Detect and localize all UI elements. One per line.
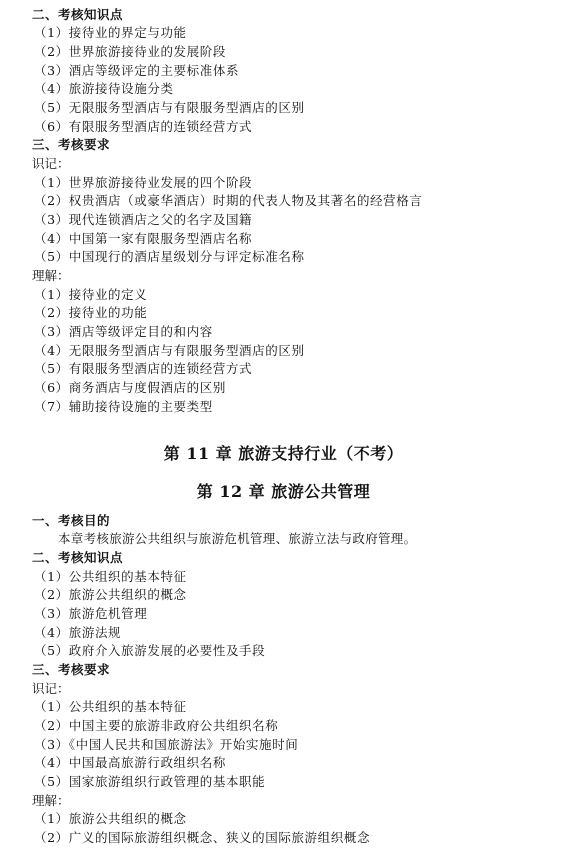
list-item: （3）现代连锁酒店之父的名字及国籍 — [34, 211, 252, 229]
list-item: （3）《中国人民共和国旅游法》开始实施时间 — [34, 736, 298, 754]
list-item: （4）中国第一家有限服务型酒店名称 — [34, 230, 252, 248]
list-item: （2）中国主要的旅游非政府公共组织名称 — [34, 717, 278, 735]
list-item: （1）接待业的定义 — [34, 286, 147, 304]
understand-label: 理解： — [32, 792, 70, 810]
list-item: （6）商务酒店与度假酒店的区别 — [34, 379, 226, 397]
list-item: （1）公共组织的基本特征 — [34, 698, 187, 716]
list-item: （1）旅游公共组织的概念 — [34, 810, 187, 828]
chapter-12-title: 第 12 章 旅游公共管理 — [0, 481, 567, 503]
list-item: （5）有限服务型酒店的连锁经营方式 — [34, 360, 252, 378]
understand-label: 理解： — [32, 267, 70, 285]
chapter-11-title: 第 11 章 旅游支持行业（不考） — [0, 443, 567, 465]
list-item: （3）旅游危机管理 — [34, 605, 147, 623]
list-item: （4）旅游接待设施分类 — [34, 80, 174, 98]
list-item: （3）酒店等级评定目的和内容 — [34, 323, 213, 341]
list-item: （5）政府介入旅游发展的必要性及手段 — [34, 642, 265, 660]
heading-requirements: 三、考核要求 — [32, 136, 110, 154]
memorize-label: 识记： — [32, 680, 70, 698]
memorize-label: 识记： — [32, 155, 70, 173]
list-item: （1）公共组织的基本特征 — [34, 568, 187, 586]
list-item: （4）无限服务型酒店与有限服务型酒店的区别 — [34, 342, 305, 360]
list-item: （3）酒店等级评定的主要标准体系 — [34, 62, 239, 80]
list-item: （1）接待业的界定与功能 — [34, 24, 187, 42]
list-item: （7）辅助接待设施的主要类型 — [34, 398, 213, 416]
list-item: （4）中国最高旅游行政组织名称 — [34, 754, 226, 772]
list-item: （1）世界旅游接待业发展的四个阶段 — [34, 174, 252, 192]
heading-requirements: 三、考核要求 — [32, 661, 110, 679]
list-item: （2）世界旅游接待业的发展阶段 — [34, 43, 226, 61]
list-item: （5）无限服务型酒店与有限服务型酒店的区别 — [34, 99, 305, 117]
list-item: （2）旅游公共组织的概念 — [34, 586, 187, 604]
list-item: （2）权贵酒店（或豪华酒店）时期的代表人物及其著名的经营格言 — [34, 192, 422, 210]
list-item: （4）旅游法规 — [34, 624, 121, 642]
list-item: （2）接待业的功能 — [34, 304, 147, 322]
list-item: （2）广义的国际旅游组织概念、狭义的国际旅游组织概念 — [34, 829, 370, 847]
list-item: （5）中国现行的酒店星级划分与评定标准名称 — [34, 248, 305, 266]
list-item: （6）有限服务型酒店的连锁经营方式 — [34, 118, 252, 136]
heading-knowledge-points: 二、考核知识点 — [32, 549, 123, 567]
list-item: （5）国家旅游组织行政管理的基本职能 — [34, 773, 265, 791]
heading-purpose: 一、考核目的 — [32, 512, 110, 530]
purpose-text: 本章考核旅游公共组织与旅游危机管理、旅游立法与政府管理。 — [58, 530, 416, 548]
heading-knowledge-points: 二、考核知识点 — [32, 6, 123, 24]
